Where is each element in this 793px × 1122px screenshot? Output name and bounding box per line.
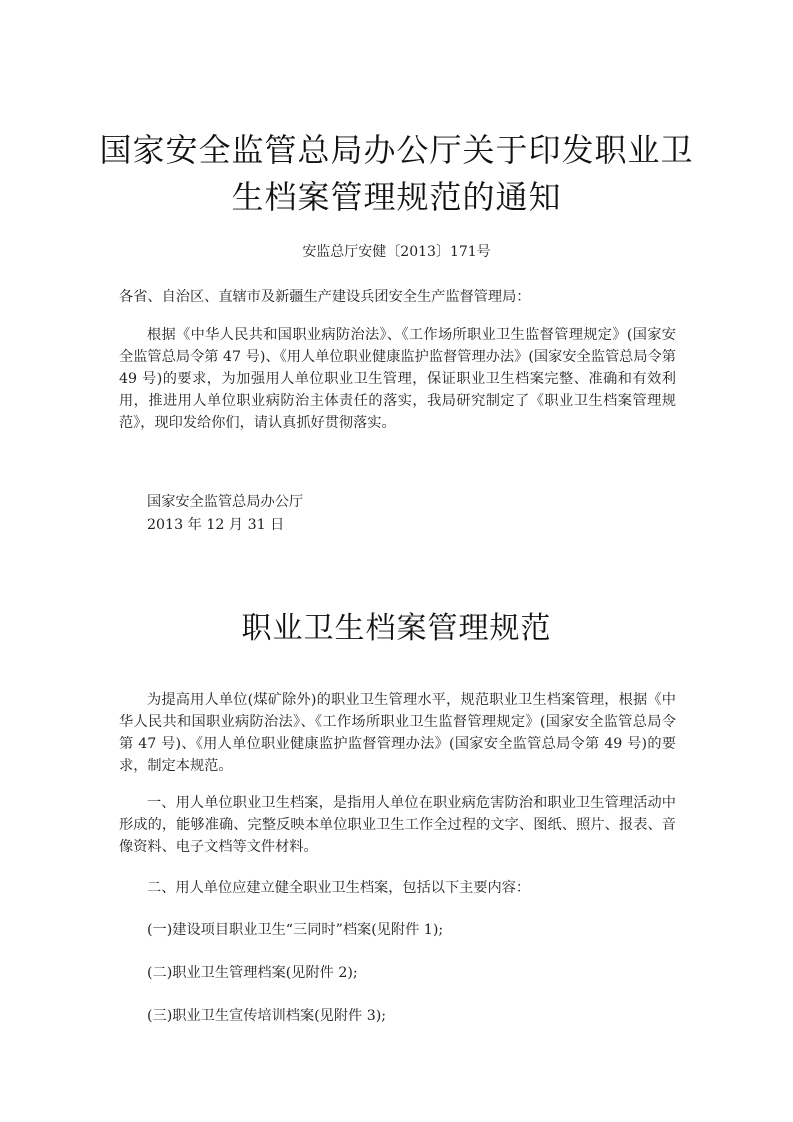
article-1: 一、用人单位职业卫生档案，是指用人单位在职业病危害防治和职业卫生管理活动中形成的… <box>119 792 676 858</box>
document-number: 安监总厅安健〔2013〕171号 <box>0 241 793 261</box>
regulation-intro: 为提高用人单位(煤矿除外)的职业卫生管理水平，规范职业卫生档案管理，根据《中华人… <box>119 689 676 777</box>
regulation-title: 职业卫生档案管理规范 <box>0 603 793 647</box>
document-page: 国家安全监管总局办公厅关于印发职业卫 生档案管理规范的通知 安监总厅安健〔201… <box>0 0 793 1122</box>
article-2: 二、用人单位应建立健全职业卫生档案，包括以下主要内容： <box>147 877 530 897</box>
notice-title-line2: 生档案管理规范的通知 <box>0 172 793 218</box>
issue-date: 2013 年 12 月 31 日 <box>147 514 284 534</box>
issuer: 国家安全监管总局办公厅 <box>147 491 303 511</box>
addressee: 各省、自治区、直辖市及新疆生产建设兵团安全生产监督管理局： <box>119 286 530 306</box>
notice-body: 根据《中华人民共和国职业病防治法》、《工作场所职业卫生监督管理规定》(国家安全监… <box>119 324 676 434</box>
list-item: (一)建设项目职业卫生“三同时”档案(见附件 1); <box>147 919 443 939</box>
list-item: (二)职业卫生管理档案(见附件 2); <box>147 962 358 982</box>
notice-title-line1: 国家安全监管总局办公厅关于印发职业卫 <box>0 125 793 171</box>
list-item: (三)职业卫生宣传培训档案(见附件 3); <box>147 1005 386 1025</box>
